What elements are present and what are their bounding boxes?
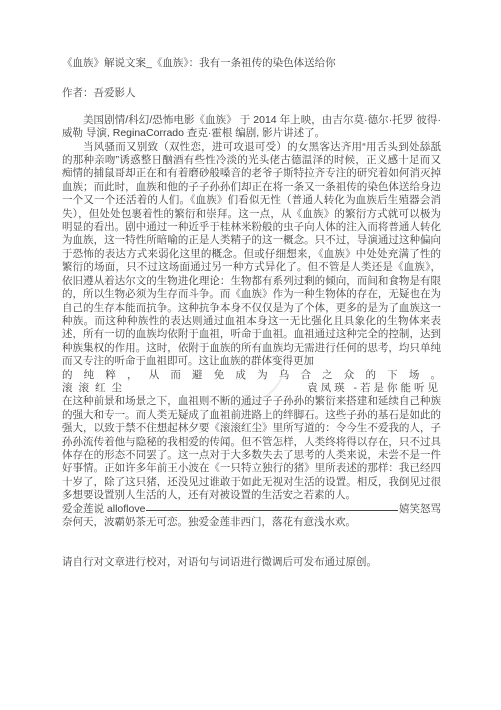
intro-paragraph: 美国剧情/科幻/恐怖电影《血族》 于 2014 年上映，由吉尔莫·德尔·托罗 彼… xyxy=(62,114,441,141)
document-page: 《血族》解说文案_《血族》：我有一条祖传的染色体送给你 作者：吾爱影人 美国剧情… xyxy=(0,0,501,710)
song-artist: 袁凤瑛 -若是你能听见 xyxy=(307,382,441,395)
document-content: 《血族》解说文案_《血族》：我有一条祖传的染色体送给你 作者：吾爱影人 美国剧情… xyxy=(62,57,441,570)
signature-name: 爱金莲说 alloflove xyxy=(62,503,145,516)
document-title: 《血族》解说文案_《血族》：我有一条祖传的染色体送给你 xyxy=(62,57,441,70)
author-line: 作者：吾爱影人 xyxy=(62,87,441,100)
signature-row: 爱金莲说 alloflove 嬉笑怒骂 xyxy=(62,503,441,516)
signature-tagline-start: 嬉笑怒骂 xyxy=(399,503,441,516)
analysis-paragraph-2: 在这种前景和场景之下，血祖则不断的通过子子孙孙的繁衍来搭建和延续自己种族的强大和… xyxy=(62,395,441,502)
signature-tagline-rest: 奈何天，波霸奶茶无可恋。独爱金莲非西门，落花有意浅水欢。 xyxy=(62,516,441,529)
proofread-note: 请自行对文章进行校对，对语句与词语进行微调后可发布通过原创。 xyxy=(62,556,441,569)
song-title: 滚滚红尘 xyxy=(62,382,128,395)
analysis-paragraph-1: 当风骚而又别致（双性恋，进可攻退可受）的女黑客达齐用“用舌头到处舔舐的那种亲吻”… xyxy=(62,141,441,369)
dash-line xyxy=(146,510,398,511)
song-caption-row: 滚滚红尘 袁凤瑛 -若是你能听见 xyxy=(62,382,441,395)
analysis-paragraph-1-lastline: 的纯粹，从而避免成为乌合之众的下场。 xyxy=(62,369,441,382)
